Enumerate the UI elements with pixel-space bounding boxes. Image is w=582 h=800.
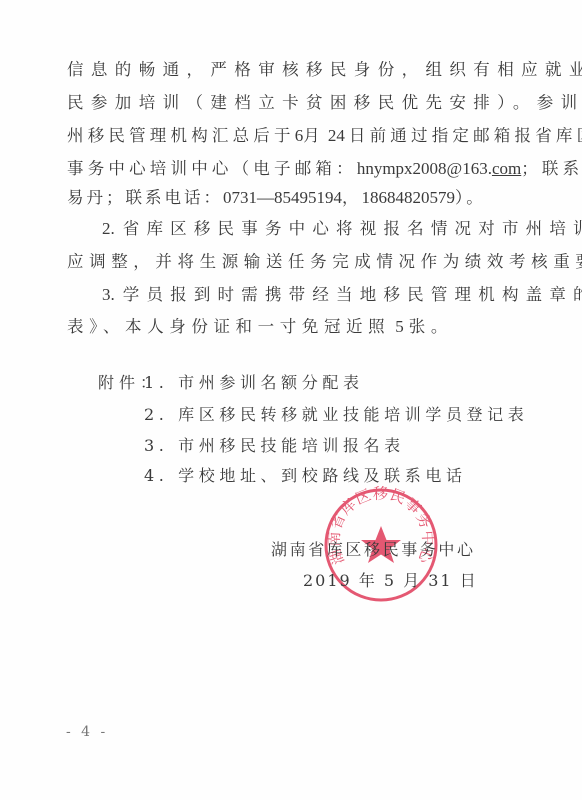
paragraph-1-line-3: 州移民管理机构汇总后于6月24日前通过指定邮箱报省库区移民	[67, 126, 515, 146]
paragraph-1-line-4: 事务中心培训中心（电子邮箱：hnympx2008@163.com；联系人：	[67, 159, 515, 179]
paragraph-2-number: 2.	[102, 219, 115, 238]
text: 张。	[409, 317, 453, 336]
attachment-item-4: 4. 学校地址、到校路线及联系电话	[144, 463, 467, 486]
paragraph-2-line-1: 2.省库区移民事务中心将视报名情况对市州培训名额进行相	[102, 219, 550, 239]
document-page: 信息的畅通，严格审核移民身份，组织有相应就业创业愿望的移 民参加培训（建档立卡贫…	[0, 0, 582, 800]
month-char: 月	[303, 126, 324, 145]
email-address[interactable]: hnympx2008@163.com	[357, 159, 521, 178]
page-number: - 4 -	[66, 724, 108, 740]
paragraph-1-line-1: 信息的畅通，严格审核移民身份，组织有相应就业创业愿望的移	[67, 60, 515, 80]
paragraph-1-line-5: 易丹；联系电话：0731—85495194，18684820579）。	[67, 188, 515, 208]
text: 省库区移民事务中心将视报名情况对市州培训名额进行相	[123, 219, 582, 238]
deadline-day: 24	[328, 126, 345, 145]
signature-date: 2019 年 5 月 31 日	[303, 568, 478, 591]
deadline-month: 6	[295, 126, 304, 145]
text: 学员报到时需携带经当地移民管理机构盖章的《学员登记	[123, 285, 582, 304]
phone-landline: 0731—85495194	[223, 188, 342, 207]
email-local: hnympx2008@163.	[357, 159, 492, 178]
attachment-item-3: 3. 市州移民技能培训报名表	[144, 433, 405, 456]
paragraph-3-line-1: 3.学员报到时需携带经当地移民管理机构盖章的《学员登记	[102, 285, 550, 305]
attachment-item-2: 2. 库区移民转移就业技能培训学员登记表	[144, 402, 528, 425]
text: ；联系人：	[521, 159, 582, 178]
text: 州移民管理机构汇总后于	[67, 126, 295, 145]
text: 表》、本人身份证和一寸免冠近照	[67, 317, 390, 336]
paragraph-1-line-2: 民参加培训（建档立卡贫困移民优先安排）。参训人员名单请各市	[67, 93, 515, 113]
paragraph-2-line-2: 应调整，并将生源输送任务完成情况作为绩效考核重要依据。	[67, 252, 515, 272]
email-domain: com	[492, 159, 521, 178]
text: 日前通过指定邮箱报省库区移民	[349, 126, 582, 145]
signature-organization: 湖南省库区移民事务中心	[271, 537, 476, 560]
text: 事务中心培训中心（电子邮箱：	[67, 159, 357, 178]
phone-mobile: 18684820579	[362, 188, 456, 207]
close-paren: ）。	[455, 188, 486, 207]
contact-label: 易丹；联系电话：	[67, 188, 223, 207]
photo-count: 5	[395, 317, 404, 336]
separator: ，	[342, 188, 362, 207]
attachment-item-1: 1. 市州参训名额分配表	[144, 370, 364, 393]
paragraph-3-number: 3.	[102, 285, 115, 304]
paragraph-3-line-2: 表》、本人身份证和一寸免冠近照5张。	[67, 317, 515, 337]
